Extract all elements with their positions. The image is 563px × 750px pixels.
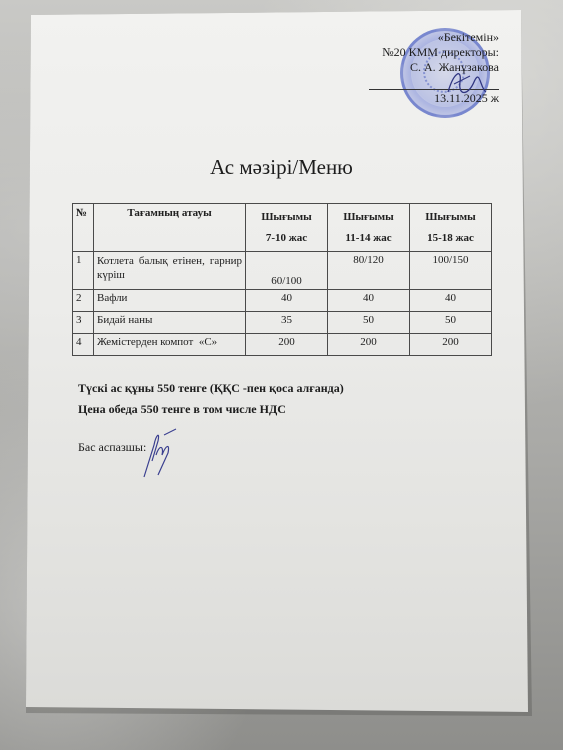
yield-15-18: 100/150 bbox=[410, 252, 492, 290]
yield-15-18: 200 bbox=[410, 334, 492, 356]
table-row: 3 Бидай наны 35 50 50 bbox=[73, 312, 492, 334]
price-note-russian: Цена обеда 550 тенге в том числе НДС bbox=[78, 399, 344, 420]
yield-7-10: 200 bbox=[246, 334, 328, 356]
yield-7-10: 60/100 bbox=[246, 252, 328, 290]
header-age-11-14: Шығымы 11-14 жас bbox=[328, 204, 410, 252]
table-header-row: № Тағамның атауы Шығымы 7-10 жас Шығымы … bbox=[73, 204, 492, 252]
dish-name-text: Котлета балық етінен, гарнир күріш bbox=[97, 254, 242, 282]
price-notes: Түскі ас құны 550 тенге (ҚҚС -пен қоса а… bbox=[78, 378, 344, 420]
page-title: Ас мәзірі/Меню bbox=[0, 155, 563, 180]
yield-15-18: 40 bbox=[410, 290, 492, 312]
header-number: № bbox=[73, 204, 94, 252]
approval-heading: «Бекітемін» bbox=[339, 30, 499, 45]
header-age-15-18: Шығымы 15-18 жас bbox=[410, 204, 492, 252]
row-number: 1 bbox=[73, 252, 94, 290]
row-number: 4 bbox=[73, 334, 94, 356]
yield-11-14: 50 bbox=[328, 312, 410, 334]
header-yield-label: Шығымы bbox=[425, 211, 475, 223]
header-dish-name: Тағамның атауы bbox=[94, 204, 246, 252]
approval-position: №20 КММ директоры: bbox=[339, 45, 499, 60]
row-number: 3 bbox=[73, 312, 94, 334]
header-age-range: 15-18 жас bbox=[413, 228, 488, 249]
chef-signature bbox=[140, 425, 180, 480]
header-yield-label: Шығымы bbox=[343, 211, 393, 223]
chef-label: Бас аспазшы: bbox=[78, 440, 146, 455]
menu-table: № Тағамның атауы Шығымы 7-10 жас Шығымы … bbox=[72, 203, 492, 356]
document: «Бекітемін» №20 КММ директоры: С. А. Жан… bbox=[0, 0, 563, 750]
yield-11-14: 40 bbox=[328, 290, 410, 312]
yield-11-14: 200 bbox=[328, 334, 410, 356]
table-row: 2 Вафли 40 40 40 bbox=[73, 290, 492, 312]
header-age-range: 7-10 жас bbox=[249, 228, 324, 249]
header-age-range: 11-14 жас bbox=[331, 228, 406, 249]
yield-15-18: 50 bbox=[410, 312, 492, 334]
dish-name: Вафли bbox=[94, 290, 246, 312]
row-number: 2 bbox=[73, 290, 94, 312]
header-age-7-10: Шығымы 7-10 жас bbox=[246, 204, 328, 252]
table-row: 1 Котлета балық етінен, гарнир күріш 60/… bbox=[73, 252, 492, 290]
yield-7-10: 40 bbox=[246, 290, 328, 312]
yield-11-14: 80/120 bbox=[328, 252, 410, 290]
header-yield-label: Шығымы bbox=[261, 211, 311, 223]
dish-name: Котлета балық етінен, гарнир күріш bbox=[94, 252, 246, 290]
table-row: 4 Жемістерден компот «С» 200 200 200 bbox=[73, 334, 492, 356]
director-signature bbox=[440, 62, 490, 102]
dish-name: Жемістерден компот «С» bbox=[94, 334, 246, 356]
price-note-kazakh: Түскі ас құны 550 тенге (ҚҚС -пен қоса а… bbox=[78, 378, 344, 399]
yield-7-10: 35 bbox=[246, 312, 328, 334]
dish-name: Бидай наны bbox=[94, 312, 246, 334]
